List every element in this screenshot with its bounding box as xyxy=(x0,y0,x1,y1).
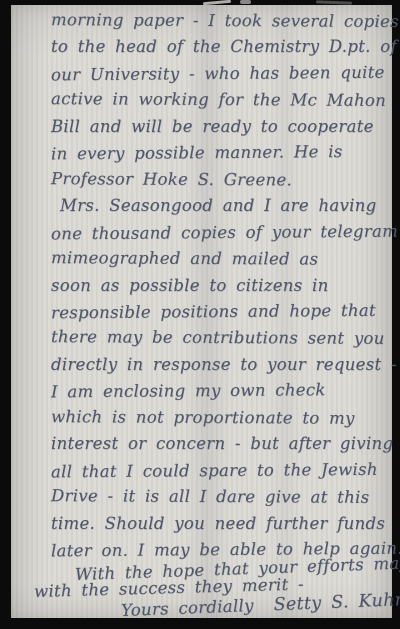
scan-edge-artifact xyxy=(316,0,352,4)
scanned-letter-page: morning paper - I took several copies to… xyxy=(0,0,400,629)
letter-line: morning paper - I took several copies xyxy=(51,7,387,35)
letter-line: which is not proportionate to my xyxy=(51,404,387,432)
letter-line: time. Should you need further funds xyxy=(51,511,387,537)
letter-line: in every possible manner. He is xyxy=(51,139,387,168)
letter-line: mimeographed and mailed as xyxy=(51,245,387,273)
letter-line: Bill and will be ready to cooperate xyxy=(51,114,387,140)
letter-line: directly in response to your request - xyxy=(51,352,387,378)
letter-line: Professor Hoke S. Greene. xyxy=(51,166,387,194)
letter-closing: With the hope that your efforts may meet… xyxy=(51,566,387,621)
letter-line: Mrs. Seasongood and I are having xyxy=(60,193,387,219)
letter-line: our University - who has been quite xyxy=(51,60,387,89)
letter-body: morning paper - I took several copies to… xyxy=(51,8,387,564)
letter-line: to the head of the Chemistry D.pt. of xyxy=(51,34,387,60)
letter-line: soon as possible to citizens in xyxy=(51,273,387,299)
letter-line: one thousand copies of your telegram xyxy=(51,218,387,247)
letter-line: responsible positions and hope that xyxy=(51,298,387,327)
letter-line: active in working for the Mc Mahon xyxy=(51,86,387,114)
letter-paper: morning paper - I took several copies to… xyxy=(11,5,392,618)
letter-line: I am enclosing my own check xyxy=(51,377,387,406)
letter-line: all that I could spare to the Jewish xyxy=(51,456,387,485)
letter-line: there may be contributions sent you xyxy=(51,325,387,353)
letter-text: morning paper - I took several copies to… xyxy=(11,5,392,618)
scan-edge-artifact xyxy=(240,0,251,4)
letter-line: Drive - it is all I dare give at this xyxy=(51,483,387,511)
valediction: Yours cordially xyxy=(121,595,254,620)
letter-line: interest or concern - but after giving xyxy=(51,431,387,457)
